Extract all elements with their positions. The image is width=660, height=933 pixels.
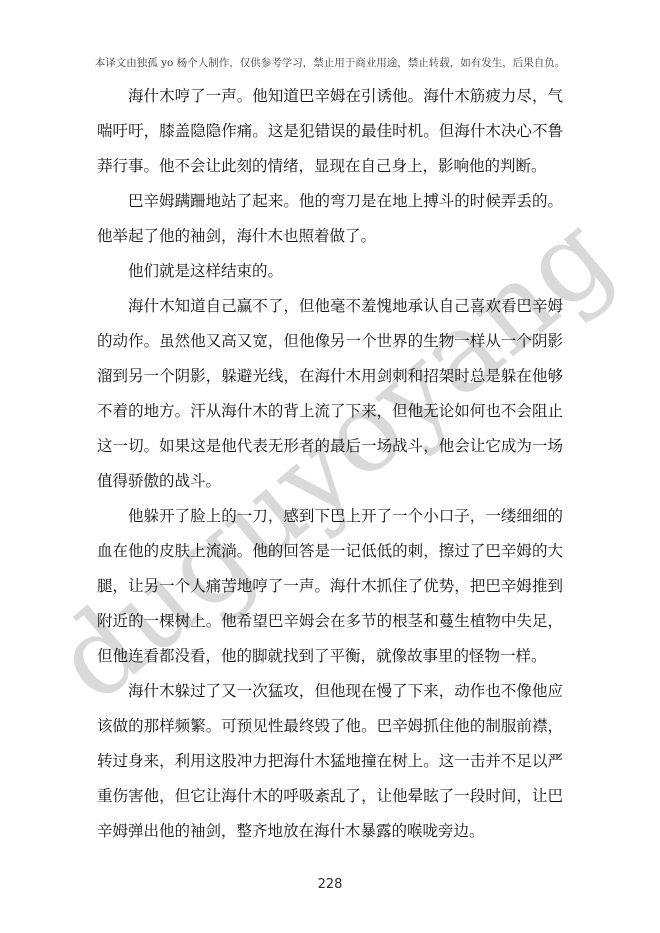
paragraph: 海什木躲过了又一次猛攻，但他现在慢了下来，动作也不像他应该做的那样频繁。可预见性… [97, 674, 563, 849]
paragraph: 海什木哼了一声。他知道巴辛姆在引诱他。海什木筋疲力尽，气喘吁吁，膝盖隐隐作痛。这… [97, 79, 563, 184]
paragraph: 他们就是这样结束的。 [97, 254, 563, 289]
translator-disclaimer-header: 本译文由独孤 yo 杨个人制作，仅供参考学习，禁止用于商业用途，禁止转载，如有发… [0, 56, 660, 70]
body-text-block: 海什木哼了一声。他知道巴辛姆在引诱他。海什木筋疲力尽，气喘吁吁，膝盖隐隐作痛。这… [97, 79, 563, 849]
paragraph: 巴辛姆蹒跚地站了起来。他的弯刀是在地上搏斗的时候弄丢的。他举起了他的袖剑，海什木… [97, 184, 563, 254]
document-page: 本译文由独孤 yo 杨个人制作，仅供参考学习，禁止用于商业用途，禁止转载，如有发… [0, 0, 660, 933]
paragraph: 海什木知道自己赢不了，但他毫不羞愧地承认自己喜欢看巴辛姆的动作。虽然他又高又宽，… [97, 289, 563, 499]
paragraph: 他躲开了脸上的一刀，感到下巴上开了一个小口子，一缕细细的血在他的皮肤上流淌。他的… [97, 499, 563, 674]
page-number: 228 [0, 877, 660, 892]
